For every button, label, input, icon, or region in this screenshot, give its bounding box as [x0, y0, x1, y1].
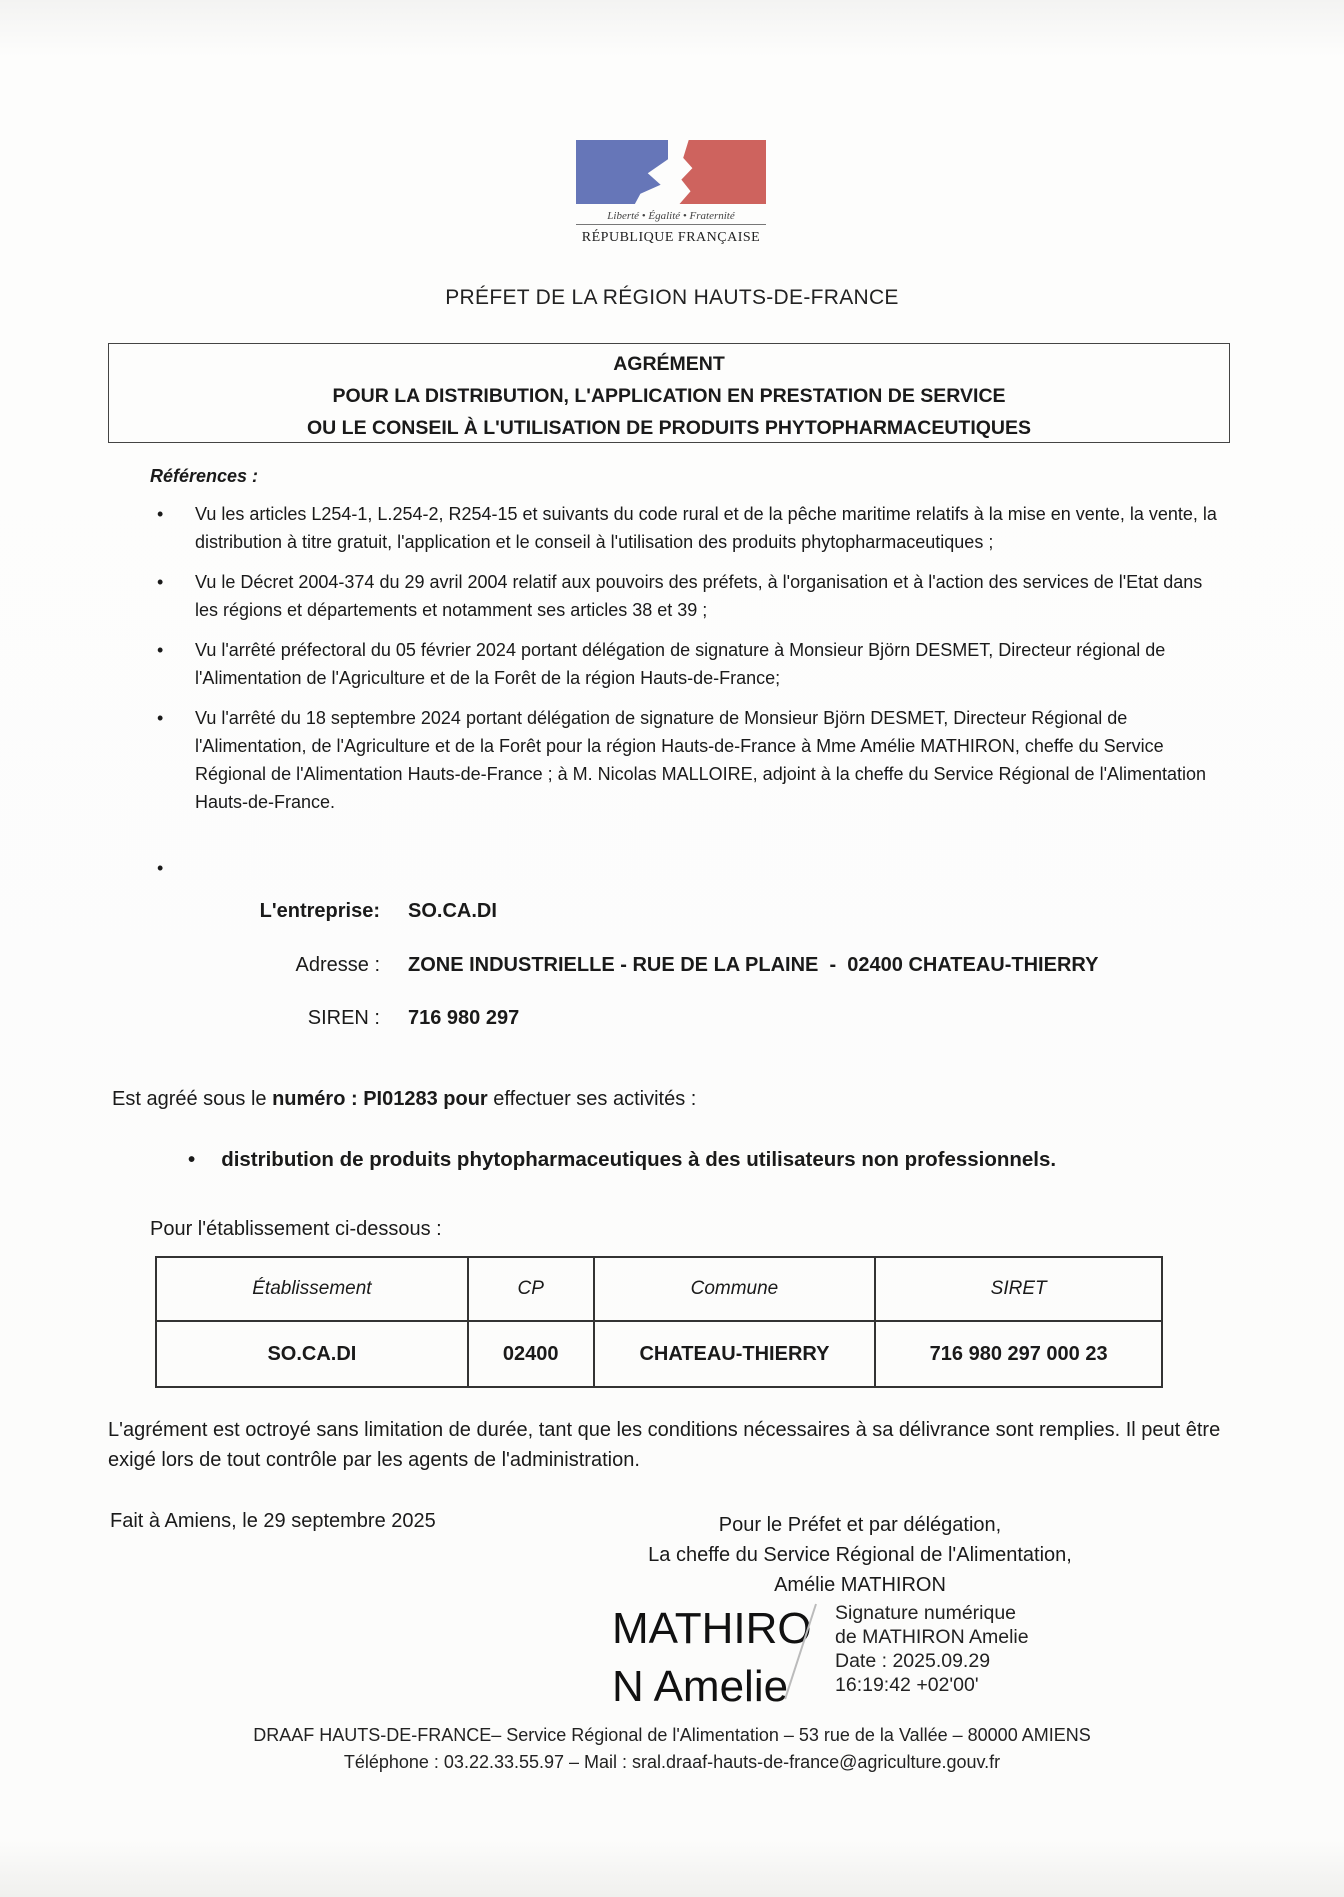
- bullet-icon: •: [157, 636, 163, 664]
- title-line-3: OU LE CONSEIL À L'UTILISATION DE PRODUIT…: [109, 412, 1229, 444]
- references-list: •Vu les articles L254-1, L.254-2, R254-1…: [150, 500, 1225, 828]
- company-name-label: L'entreprise:: [200, 900, 380, 923]
- column-header: Établissement: [156, 1257, 468, 1321]
- references-heading: Références :: [150, 466, 258, 487]
- reference-item: •Vu l'arrêté préfectoral du 05 février 2…: [150, 636, 1225, 692]
- company-address-row: Adresse :ZONE INDUSTRIELLE - RUE DE LA P…: [200, 954, 1098, 977]
- table-cell: SO.CA.DI: [156, 1321, 468, 1387]
- reference-item: •Vu le Décret 2004-374 du 29 avril 2004 …: [150, 568, 1225, 624]
- place-date: Fait à Amiens, le 29 septembre 2025: [110, 1510, 436, 1533]
- company-address: ZONE INDUSTRIELLE - RUE DE LA PLAINE - 0…: [408, 954, 1098, 977]
- approval-statement: Est agréé sous le numéro : PI01283 pour …: [112, 1088, 696, 1111]
- title-line-1: AGRÉMENT: [109, 348, 1229, 380]
- table-row: SO.CA.DI 02400 CHATEAU-THIERRY 716 980 2…: [156, 1321, 1162, 1387]
- establishment-table: Établissement CP Commune SIRET SO.CA.DI …: [155, 1256, 1163, 1388]
- table-cell: CHATEAU-THIERRY: [594, 1321, 876, 1387]
- signatory-block: Pour le Préfet et par délégation, La che…: [560, 1510, 1160, 1600]
- signatory-line-1: Pour le Préfet et par délégation,: [560, 1510, 1160, 1540]
- logo-republic: RÉPUBLIQUE FRANÇAISE: [576, 230, 766, 246]
- column-header: CP: [468, 1257, 594, 1321]
- title-line-2: POUR LA DISTRIBUTION, L'APPLICATION EN P…: [109, 380, 1229, 412]
- approved-activity: •distribution de produits phytopharmaceu…: [188, 1148, 1056, 1172]
- prefect-heading: PRÉFET DE LA RÉGION HAUTS-DE-FRANCE: [0, 286, 1344, 310]
- signatory-name: Amélie MATHIRON: [560, 1570, 1160, 1600]
- signatory-line-2: La cheffe du Service Régional de l'Alime…: [560, 1540, 1160, 1570]
- table-cell: 716 980 297 000 23: [875, 1321, 1162, 1387]
- establishment-intro: Pour l'établissement ci-dessous :: [150, 1218, 442, 1241]
- company-siren: 716 980 297: [408, 1007, 519, 1030]
- bullet-icon: •: [157, 500, 163, 528]
- table-cell: 02400: [468, 1321, 594, 1387]
- reference-item: •Vu l'arrêté du 18 septembre 2024 portan…: [150, 704, 1225, 816]
- company-siren-label: SIREN :: [200, 1007, 380, 1030]
- footer: DRAAF HAUTS-DE-FRANCE– Service Régional …: [0, 1722, 1344, 1776]
- company-name: SO.CA.DI: [408, 900, 497, 923]
- footer-contact: Téléphone : 03.22.33.55.97 – Mail : sral…: [0, 1749, 1344, 1776]
- empty-bullet-icon: •: [157, 858, 163, 879]
- approval-number: numéro : PI01283 pour: [272, 1088, 488, 1110]
- validity-paragraph: L'agrément est octroyé sans limitation d…: [108, 1415, 1238, 1475]
- digital-signature-details: Signature numérique de MATHIRON Amelie D…: [835, 1601, 1029, 1697]
- bullet-icon: •: [157, 568, 163, 596]
- column-header: SIRET: [875, 1257, 1162, 1321]
- republique-francaise-logo: Liberté • Égalité • Fraternité RÉPUBLIQU…: [576, 140, 766, 252]
- footer-address: DRAAF HAUTS-DE-FRANCE– Service Régional …: [0, 1722, 1344, 1749]
- digital-signature-name: MATHIRO N Amelie: [612, 1600, 812, 1716]
- company-address-label: Adresse :: [200, 954, 380, 977]
- company-name-row: L'entreprise:SO.CA.DI: [200, 900, 497, 923]
- bullet-icon: •: [157, 704, 163, 732]
- column-header: Commune: [594, 1257, 876, 1321]
- bullet-icon: •: [188, 1148, 195, 1171]
- logo-motto: Liberté • Égalité • Fraternité: [576, 210, 766, 225]
- table-header-row: Établissement CP Commune SIRET: [156, 1257, 1162, 1321]
- company-siren-row: SIREN :716 980 297: [200, 1007, 519, 1030]
- document-page: Liberté • Égalité • Fraternité RÉPUBLIQU…: [0, 0, 1344, 1897]
- title-box: AGRÉMENT POUR LA DISTRIBUTION, L'APPLICA…: [108, 343, 1230, 443]
- marianne-icon: [576, 140, 766, 208]
- reference-item: •Vu les articles L254-1, L.254-2, R254-1…: [150, 500, 1225, 556]
